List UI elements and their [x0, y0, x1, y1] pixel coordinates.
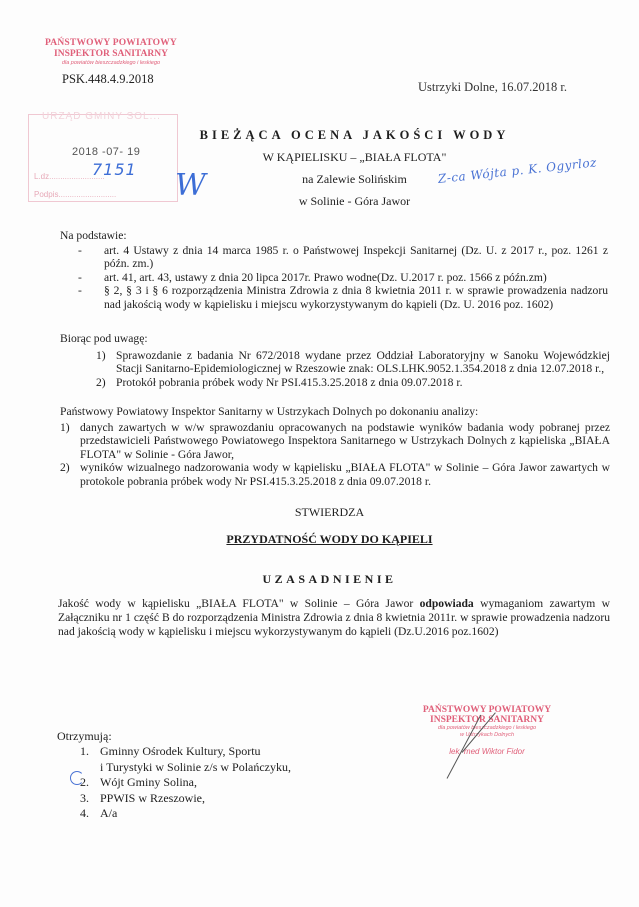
document-subtitle: w Solinie - Góra Jawor: [0, 194, 639, 209]
justification-text: Jakość wody w kąpielisku „BIAŁA FLOTA" w…: [58, 597, 610, 639]
list-item: 1.Gminny Ośrodek Kultury, Sportu: [80, 744, 291, 760]
considering-list: 1)Sprawozdanie z badania Nr 672/2018 wyd…: [116, 349, 610, 389]
list-item: 2)wyników wizualnego nadzorowania wody w…: [80, 461, 610, 488]
finding-heading: STWIERDZA: [10, 505, 639, 520]
stamp-line: PAŃSTWOWY POWIATOWY: [36, 38, 186, 49]
handwritten-circle-mark: [70, 771, 84, 785]
list-item: -art. 41, art. 43, ustawy z dnia 20 lipc…: [104, 271, 608, 284]
list-item: 2)Protokół pobrania próbek wody Nr PSI.4…: [116, 376, 610, 389]
list-item: 3.PPWIS w Rzeszowie,: [80, 791, 291, 807]
list-item: 2.Wójt Gminy Solina,: [80, 775, 291, 791]
stamp-line: INSPEKTOR SANITARNY: [36, 49, 186, 60]
analysis-list: 1)danych zawartych w w/w sprawozdaniu op…: [80, 421, 610, 488]
recipients-label: Otrzymują:: [57, 729, 112, 744]
stamp-signatory: lek. med Wiktor Fidor: [412, 747, 562, 756]
legal-basis-list: -art. 4 Ustawy z dnia 14 marca 1985 r. o…: [104, 244, 608, 311]
list-item: 4.A/a: [80, 806, 291, 822]
list-item: 1)Sprawozdanie z badania Nr 672/2018 wyd…: [116, 349, 610, 376]
place-date: Ustrzyki Dolne, 16.07.2018 r.: [418, 80, 567, 95]
stamp-line: w Ustrzykach Dolnych: [412, 732, 562, 739]
justification-heading: UZASADNIENIE: [10, 572, 639, 587]
stamp-line: PAŃSTWOWY POWIATOWY: [412, 705, 562, 715]
case-number: PSK.448.4.9.2018: [62, 72, 154, 87]
document-subtitle: W KĄPIELISKU – „BIAŁA FLOTA": [0, 150, 639, 165]
stamp-line: dla powiatów bieszczadzkiego i leskiego: [36, 60, 186, 67]
list-item: -art. 4 Ustawy z dnia 14 marca 1985 r. o…: [104, 244, 608, 271]
document-title: BIEŻĄCA OCENA JAKOŚCI WODY: [0, 128, 639, 143]
section-label-analysis: Państwowy Powiatowy Inspektor Sanitarny …: [60, 405, 478, 418]
document-subtitle: na Zalewie Solińskim: [0, 172, 639, 187]
stamp-line: dla powiatów bieszczadzkiego i leskiego: [412, 725, 562, 732]
list-item: i Turystyki w Solinie z/s w Polańczyku,: [80, 760, 291, 776]
inspector-stamp-bottom: PAŃSTWOWY POWIATOWY INSPEKTOR SANITARNY …: [412, 705, 562, 756]
section-label-considering: Biorąc pod uwagę:: [60, 332, 148, 345]
list-item: 1)danych zawartych w w/w sprawozdaniu op…: [80, 421, 610, 461]
section-label-legal-basis: Na podstawie:: [60, 229, 127, 242]
inspector-stamp-top: PAŃSTWOWY POWIATOWY INSPEKTOR SANITARNY …: [36, 38, 186, 67]
registry-stamp-office: URZĄD GMINY SOL...: [42, 111, 161, 122]
list-item: -§ 2, § 3 i § 6 rozporządzenia Ministra …: [104, 284, 608, 311]
finding-result: PRZYDATNOŚĆ WODY DO KĄPIELI: [10, 532, 639, 547]
recipients-list: 1.Gminny Ośrodek Kultury, Sportu i Turys…: [80, 744, 291, 822]
